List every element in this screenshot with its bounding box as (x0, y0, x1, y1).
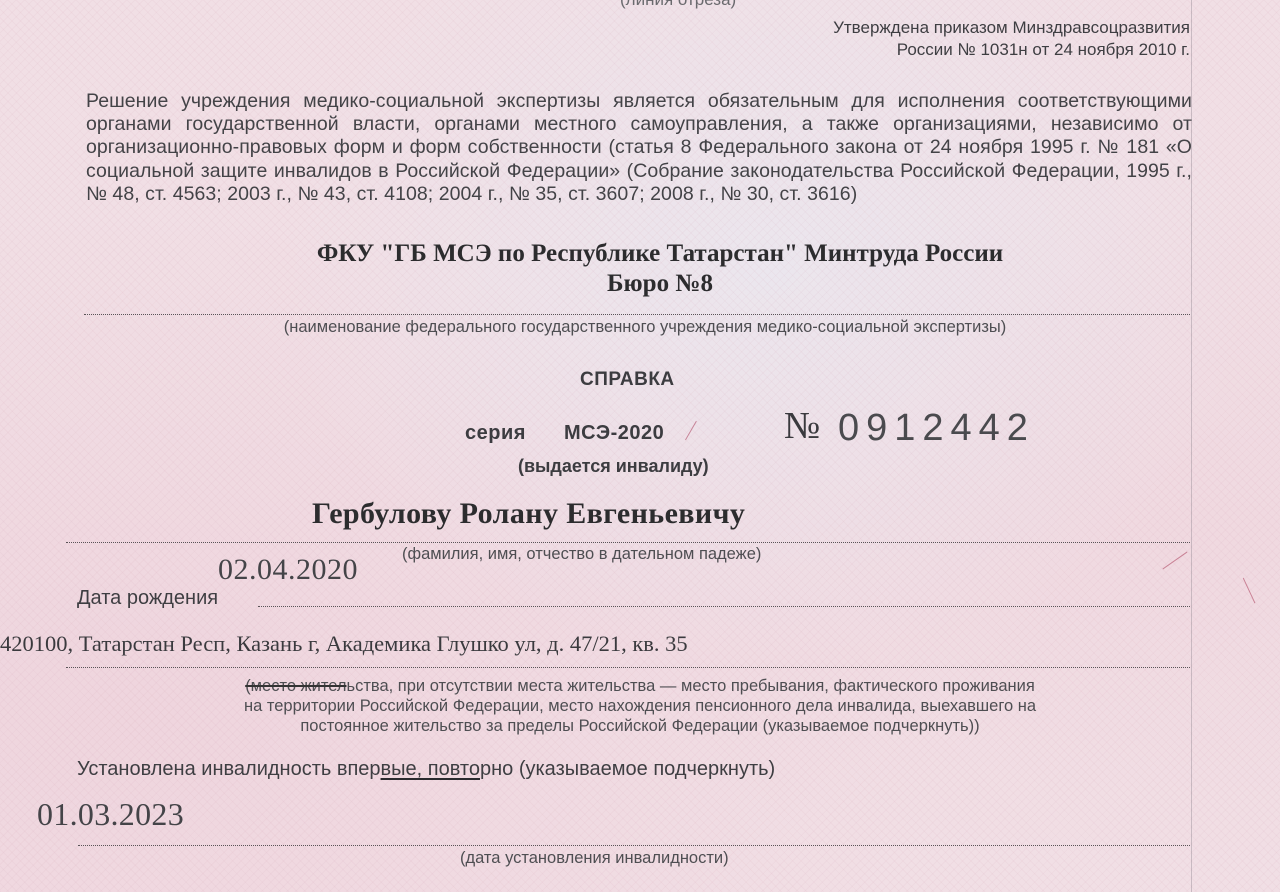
name-caption: (фамилия, имя, отчество в дательном паде… (402, 545, 761, 564)
issued-to-note: (выдается инвалиду) (518, 456, 709, 477)
birth-date: 02.04.2020 (218, 553, 358, 587)
institution-name: ФКУ "ГБ МСЭ по Республике Татарстан" Мин… (0, 238, 1280, 270)
institution-rule (84, 314, 1190, 315)
security-fiber (685, 421, 697, 441)
certificate-number: 0912442 (838, 407, 1035, 450)
disability-status: Установлена инвалидность впервые, повтор… (77, 758, 775, 781)
number-sign: № (784, 404, 820, 448)
document-title: СПРАВКА (580, 369, 675, 391)
institution-caption: (наименование федерального государственн… (0, 318, 1280, 337)
disability-prefix: Установлена инвалидность впер (77, 758, 381, 780)
legal-notice: Решение учреждения медико-социальной экс… (86, 90, 1192, 206)
address-rule (66, 667, 1190, 668)
series-value: МСЭ-2020 (564, 422, 664, 445)
address-caption-line-2: на территории Российской Федерации, мест… (0, 696, 1280, 716)
address-caption-line-3: постоянное жительство за пределы Российс… (0, 716, 1280, 736)
security-fiber (1162, 552, 1187, 570)
name-rule (66, 542, 1190, 543)
approval-note: Утверждена приказом Минздравсоцразвития … (833, 17, 1190, 61)
birth-label: Дата рождения (77, 587, 218, 610)
security-fiber (1243, 578, 1256, 604)
full-name: Гербулову Ролану Евгеньевичу (312, 497, 745, 531)
address-caption-rest: ьства, при отсутствии места жительства —… (346, 677, 1034, 695)
address-caption-line-1: (место жительства, при отсутствии места … (0, 676, 1280, 696)
cut-line-label: (линия отреза) (620, 0, 736, 10)
established-date: 01.03.2023 (37, 796, 184, 833)
bureau-number: Бюро №8 (0, 270, 1280, 298)
address: 420100, Татарстан Респ, Казань г, Академ… (0, 631, 688, 657)
birth-rule (258, 606, 1190, 607)
date-caption: (дата установления инвалидности) (460, 849, 729, 868)
approval-line-1: Утверждена приказом Минздравсоцразвития (833, 17, 1190, 39)
address-caption: (место жительства, при отсутствии места … (0, 676, 1280, 736)
disability-underlined: вые, повто (381, 758, 480, 780)
approval-line-2: России № 1031н от 24 ноября 2010 г. (833, 39, 1190, 61)
series-label: серия (465, 422, 526, 445)
disability-suffix: рно (указываемое подчеркнуть) (480, 758, 775, 780)
date-rule (78, 845, 1190, 846)
address-caption-struck: (место жител (245, 677, 346, 695)
